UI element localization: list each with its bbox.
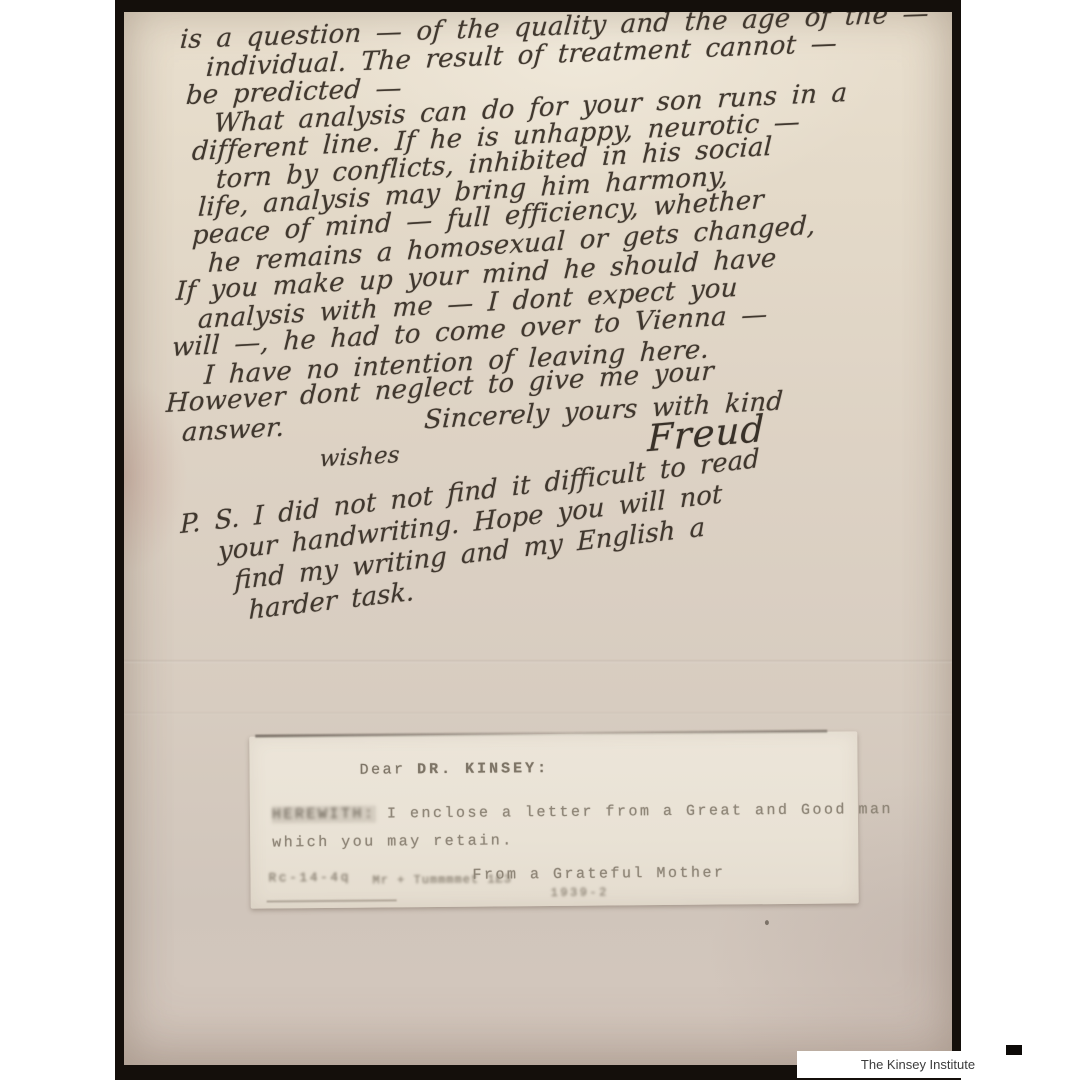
smudged-word: HEREWITH: xyxy=(272,806,376,824)
handwritten-wishes: wishes xyxy=(319,440,401,474)
typed-note-slip: Dear DR. KINSEY: HEREWITH: I enclose a l… xyxy=(249,731,858,908)
photo-frame-corner xyxy=(1006,1045,1022,1055)
typed-body-text: I enclose a letter from a Great and Good… xyxy=(375,801,893,823)
date-stamp-annotation: Rc-14-4q xyxy=(268,870,351,886)
letter-photograph: is a question — of the quality and the a… xyxy=(115,0,961,1080)
kinsey-institute-watermark: The Kinsey Institute xyxy=(797,1051,1039,1078)
ink-dot xyxy=(765,920,769,925)
faint-underline-mark xyxy=(267,899,397,902)
typed-closing: From a Grateful Mother xyxy=(472,865,725,884)
paper-crease xyxy=(124,660,952,663)
typed-body-line-1: HEREWITH: I enclose a letter from a Grea… xyxy=(272,801,893,823)
letter-paper: is a question — of the quality and the a… xyxy=(124,12,952,1065)
faint-sub-annotation: 1939-2 xyxy=(551,886,609,901)
paper-crease xyxy=(124,712,952,715)
watermark-label: The Kinsey Institute xyxy=(861,1057,975,1072)
typed-salutation-prefix: Dear xyxy=(359,761,417,779)
typed-salutation-name: DR. KINSEY: xyxy=(417,760,549,778)
typed-body-line-2: which you may retain. xyxy=(272,832,514,851)
handwritten-letter-body: is a question — of the quality and the a… xyxy=(154,26,946,482)
typed-salutation: Dear DR. KINSEY: xyxy=(359,760,549,779)
